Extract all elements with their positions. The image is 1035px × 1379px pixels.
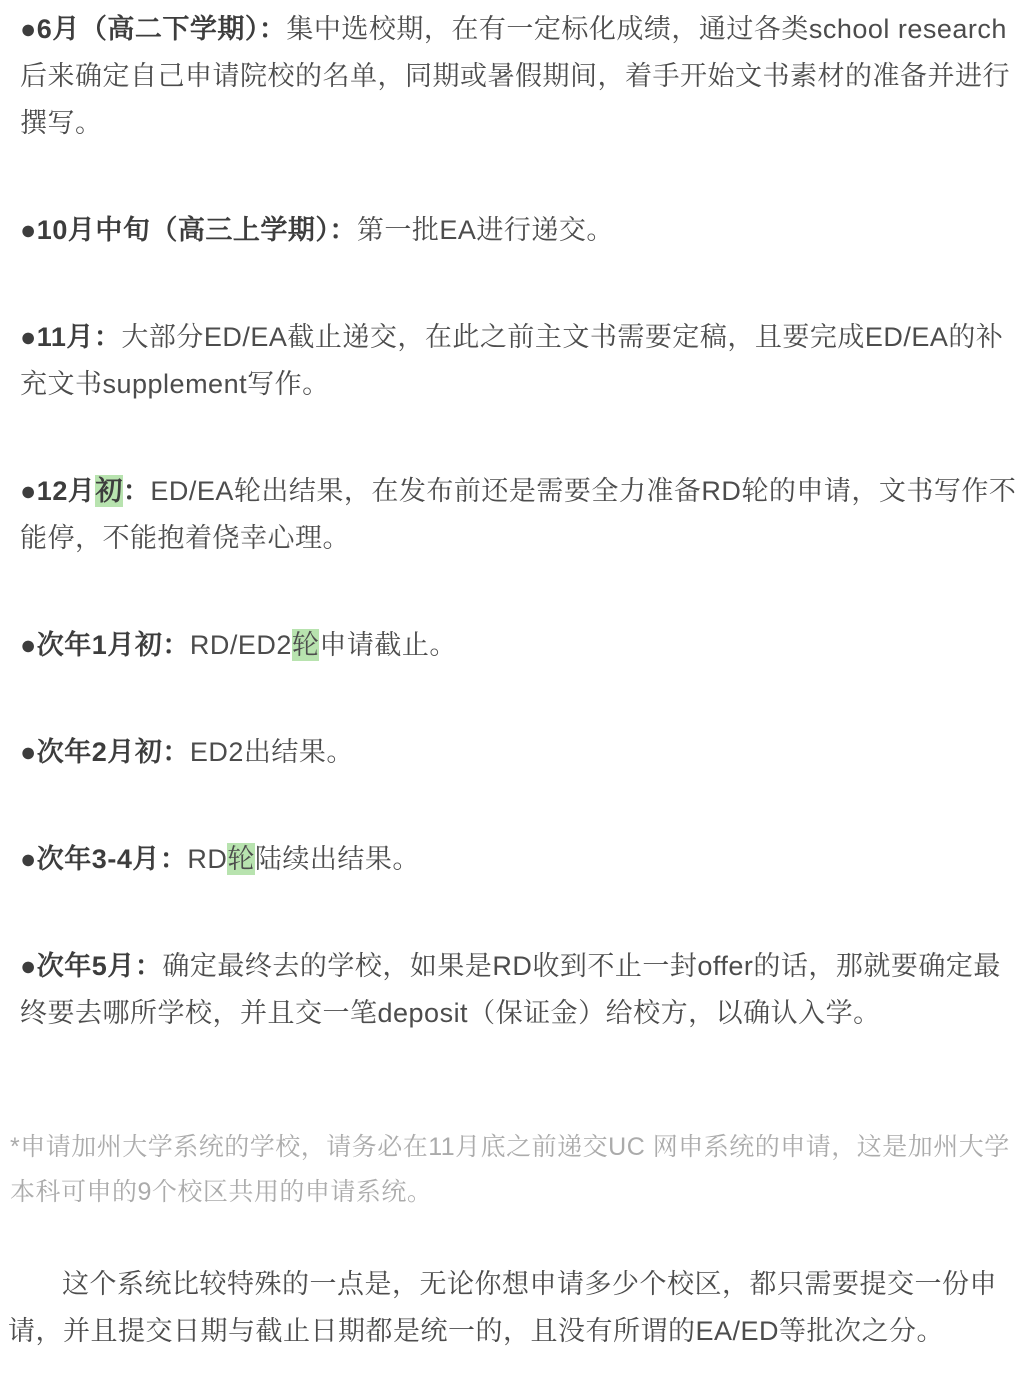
timeline-text: 申请截止。	[319, 630, 457, 660]
timeline-label: ●11月：	[20, 322, 121, 352]
timeline-label: ●次年3-4月：	[20, 844, 187, 874]
timeline-text: 陆续出结果。	[255, 844, 420, 874]
timeline-label: ●12月	[20, 476, 95, 506]
timeline-text: ED/EA轮出结果，在发布前还是需要全力准备RD轮的申请，文书写作不能停，不能抱…	[20, 476, 1016, 553]
timeline-item-mid-october: ●10月中旬（高三上学期）：第一批EA进行递交。	[20, 207, 1021, 254]
highlighted-char: 轮	[227, 843, 255, 875]
timeline-text: RD	[187, 844, 227, 874]
timeline-text: ED2出结果。	[190, 737, 354, 767]
timeline-item-early-january: ●次年1月初：RD/ED2轮申请截止。	[20, 622, 1021, 669]
timeline-item-june: ●6月（高二下学期）：集中选校期，在有一定标化成绩，通过各类school res…	[20, 6, 1021, 147]
article-body: ●6月（高二下学期）：集中选校期，在有一定标化成绩，通过各类school res…	[0, 0, 1035, 1379]
timeline-item-may: ●次年5月：确定最终去的学校，如果是RD收到不止一封offer的话，那就要确定最…	[20, 943, 1021, 1037]
timeline-label: ●次年5月：	[20, 951, 162, 981]
timeline-text: 大部分ED/EA截止递交，在此之前主文书需要定稿，且要完成ED/EA的补充文书s…	[20, 322, 1003, 399]
timeline-item-march-april: ●次年3-4月：RD轮陆续出结果。	[20, 836, 1021, 883]
timeline-text: 第一批EA进行递交。	[357, 215, 614, 245]
timeline-label: ●次年2月初：	[20, 737, 190, 767]
timeline-label: ：	[123, 476, 151, 506]
timeline-label: ●次年1月初：	[20, 630, 190, 660]
timeline-text: RD/ED2	[190, 630, 292, 660]
highlighted-char: 初	[95, 475, 123, 507]
uc-application-footnote: *申请加州大学系统的学校，请务必在11月底之前递交UC 网申系统的申请，这是加州…	[10, 1125, 1021, 1215]
timeline-item-november: ●11月：大部分ED/EA截止递交，在此之前主文书需要定稿，且要完成ED/EA的…	[20, 314, 1021, 408]
uc-system-closing-note: 这个系统比较特殊的一点是，无论你想申请多少个校区，都只需要提交一份申请，并且提交…	[8, 1261, 1021, 1355]
highlighted-char: 轮	[292, 629, 320, 661]
timeline-label: ●6月（高二下学期）：	[20, 14, 286, 44]
timeline-item-early-december: ●12月初：ED/EA轮出结果，在发布前还是需要全力准备RD轮的申请，文书写作不…	[20, 468, 1021, 562]
timeline-label: ●10月中旬（高三上学期）：	[20, 215, 357, 245]
timeline-text: 确定最终去的学校，如果是RD收到不止一封offer的话，那就要确定最终要去哪所学…	[20, 951, 1001, 1028]
timeline-item-early-february: ●次年2月初：ED2出结果。	[20, 729, 1021, 776]
